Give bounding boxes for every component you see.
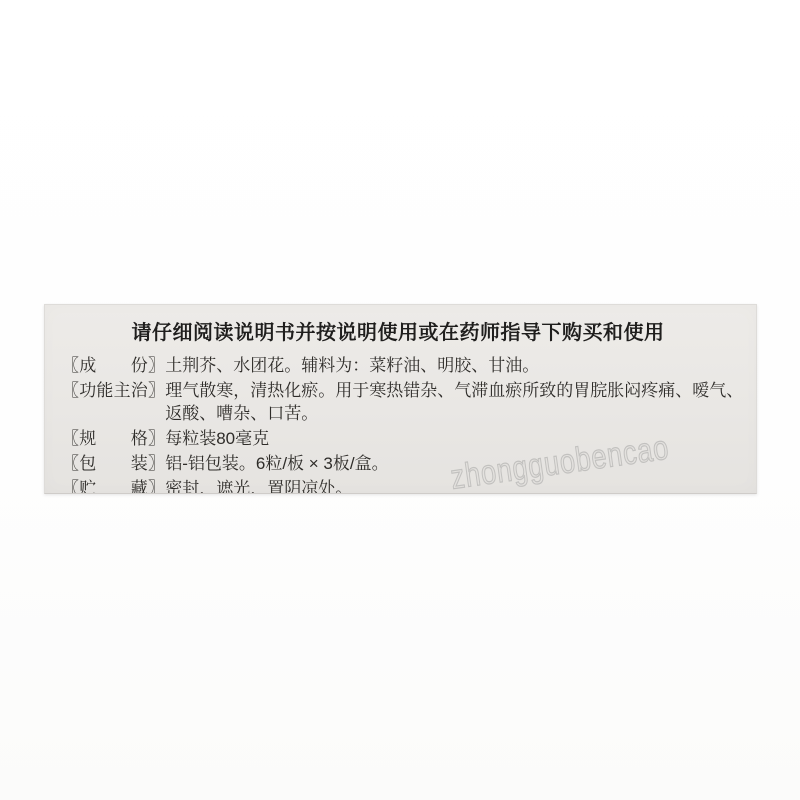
row-specification: 〖规 格〗 每粒装80毫克 <box>62 427 746 450</box>
row-ingredients: 〖成 份〗 土荆芥、水团花。辅料为：菜籽油、明胶、甘油。 <box>62 354 746 377</box>
row-text-functions: 理气散寒，清热化瘀。用于寒热错杂、气滞血瘀所致的胃脘胀闷疼痛、嗳气、返酸、嘈杂、… <box>165 379 746 425</box>
row-label-packaging: 〖包 装〗 <box>62 452 165 475</box>
row-text-packaging: 铝-铝包装。6粒/板 × 3板/盒。 <box>165 452 746 475</box>
row-packaging: 〖包 装〗 铝-铝包装。6粒/板 × 3板/盒。 <box>62 452 746 475</box>
row-label-storage: 〖贮 藏〗 <box>62 477 165 494</box>
package-photo: 请仔细阅读说明书并按说明使用或在药师指导下购买和使用 〖成 份〗 土荆芥、水团花… <box>0 0 800 800</box>
row-text-storage: 密封，遮光，置阴凉处。 <box>165 477 746 494</box>
row-label-functions: 〖功能主治〗 <box>62 379 165 402</box>
row-label-specification: 〖规 格〗 <box>62 427 165 450</box>
row-label-ingredients: 〖成 份〗 <box>62 354 165 377</box>
row-text-ingredients: 土荆芥、水团花。辅料为：菜籽油、明胶、甘油。 <box>165 354 746 377</box>
row-storage: 〖贮 藏〗 密封，遮光，置阴凉处。 <box>62 477 746 494</box>
label-panel: 请仔细阅读说明书并按说明使用或在药师指导下购买和使用 〖成 份〗 土荆芥、水团花… <box>44 304 757 494</box>
usage-warning-title: 请仔细阅读说明书并按说明使用或在药师指导下购买和使用 <box>62 316 734 345</box>
row-functions: 〖功能主治〗 理气散寒，清热化瘀。用于寒热错杂、气滞血瘀所致的胃脘胀闷疼痛、嗳气… <box>62 379 746 425</box>
info-rows: 〖成 份〗 土荆芥、水团花。辅料为：菜籽油、明胶、甘油。 〖功能主治〗 理气散寒… <box>62 354 746 494</box>
row-text-specification: 每粒装80毫克 <box>165 427 746 450</box>
